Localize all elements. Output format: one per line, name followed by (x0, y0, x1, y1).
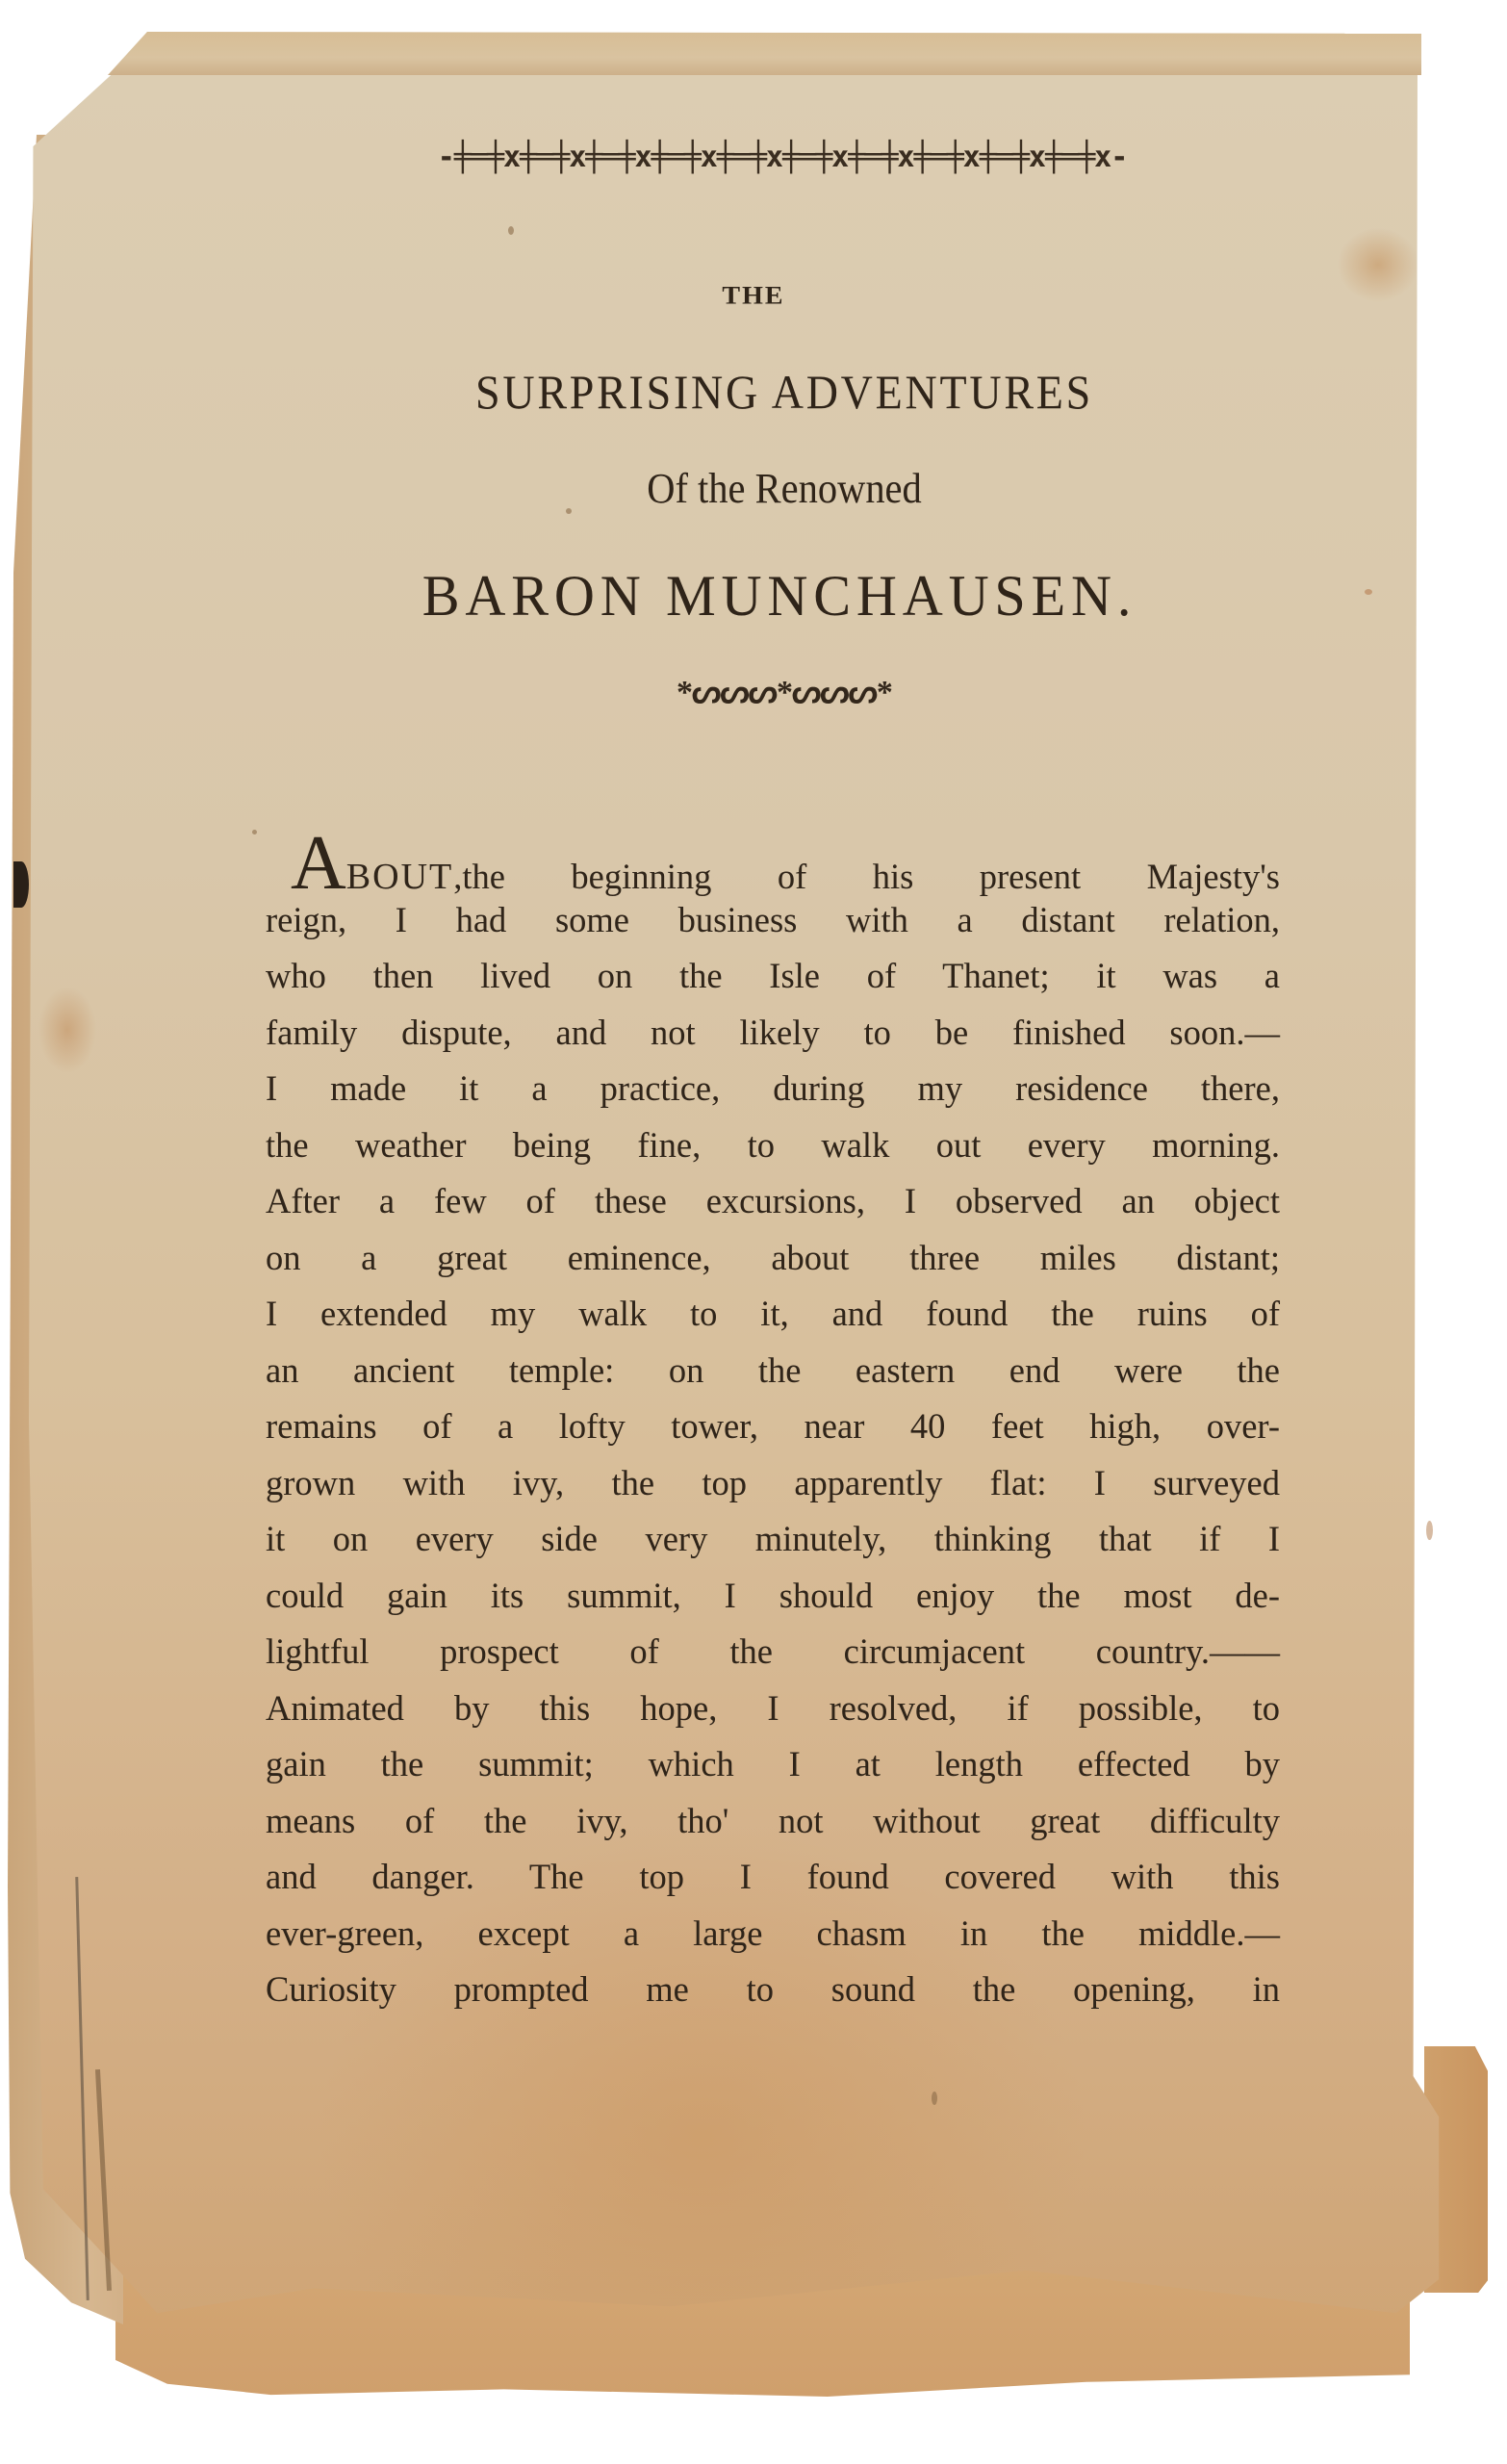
body-line: I made it a practice, during my residenc… (266, 1061, 1280, 1117)
ornamental-divider: *ᔕᔕᔕ*ᔕᔕᔕ* (0, 674, 1507, 712)
title-line-of-the-renowned: Of the Renowned (63, 464, 1506, 513)
ink-speck (508, 226, 514, 235)
body-line: lightful prospect of the circumjacent co… (266, 1624, 1280, 1681)
title-article: THE (0, 282, 1507, 311)
folded-top-edge (108, 32, 1421, 75)
body-line: After a few of these excursions, I obser… (266, 1173, 1280, 1230)
top-ornamental-rule: -╪═╪x╪═╪x╪═╪x╪═╪x╪═╪x╪═╪x╪═╪x╪═╪x╪═╪x╪═╪… (306, 137, 1259, 179)
body-line: grown with ivy, the top apparently flat:… (266, 1455, 1280, 1512)
body-line: gain the summit; which I at length effec… (266, 1736, 1280, 1793)
body-line: who then lived on the Isle of Thanet; it… (266, 948, 1280, 1005)
body-line: I extended my walk to it, and found the … (266, 1286, 1280, 1343)
body-line: means of the ivy, tho' not without great… (266, 1793, 1280, 1850)
first-word-small-caps: BOUT (346, 857, 453, 897)
ink-speck (932, 2092, 937, 2105)
body-line: an ancient temple: on the eastern end we… (266, 1343, 1280, 1399)
body-line: reign, I had some business with a distan… (266, 892, 1280, 949)
body-line: ever-green, except a large chasm in the … (266, 1906, 1280, 1963)
body-paragraph: ABOUT,the beginning of his present Majes… (266, 835, 1280, 2018)
body-line-first: ABOUT,the beginning of his present Majes… (266, 835, 1280, 892)
ink-speck (252, 830, 257, 834)
body-line: remains of a lofty tower, near 40 feet h… (266, 1399, 1280, 1455)
body-line: family dispute, and not likely to be fin… (266, 1005, 1280, 1062)
body-line: it on every side very minutely, thinking… (266, 1511, 1280, 1568)
book-page-photo: -╪═╪x╪═╪x╪═╪x╪═╪x╪═╪x╪═╪x╪═╪x╪═╪x╪═╪x╪═╪… (0, 0, 1507, 2464)
stain-speck (1426, 1521, 1433, 1540)
first-line-text: ,the beginning of his present Majesty's (453, 857, 1280, 896)
body-line: and danger. The top I found covered with… (266, 1849, 1280, 1906)
body-line: the weather being fine, to walk out ever… (266, 1117, 1280, 1174)
drop-cap: A (291, 835, 346, 891)
title-line-surprising-adventures: SURPRISING ADVENTURES (63, 364, 1506, 420)
body-line: Animated by this hope, I resolved, if po… (266, 1681, 1280, 1737)
body-line: Curiosity prompted me to sound the openi… (266, 1962, 1280, 2018)
title-line-baron-munchausen: BARON MUNCHAUSEN. (23, 563, 1507, 629)
body-line: on a great eminence, about three miles d… (266, 1230, 1280, 1287)
body-line: could gain its summit, I should enjoy th… (266, 1568, 1280, 1625)
edge-damage-mark (13, 861, 29, 908)
